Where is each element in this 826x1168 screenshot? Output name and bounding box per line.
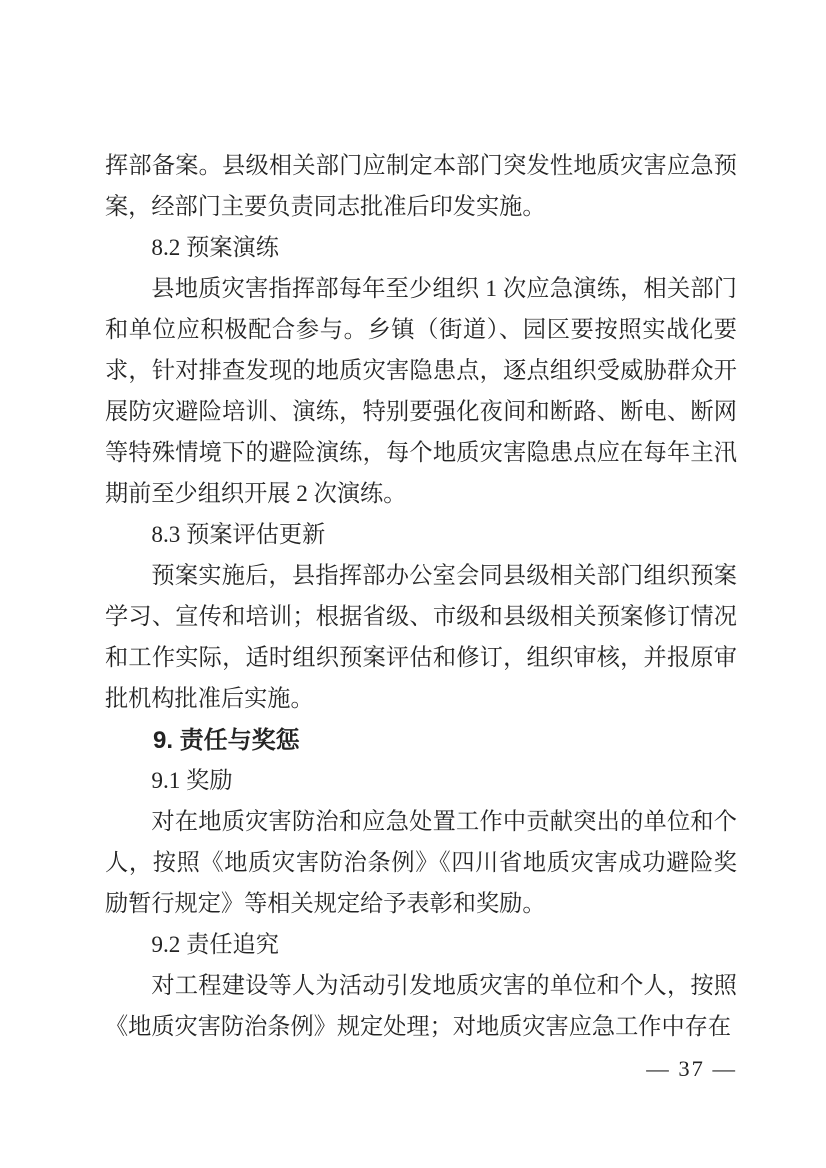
document-content: 挥部备案。县级相关部门应制定本部门突发性地质灾害应急预案，经部门主要负责同志批准… <box>105 146 737 1089</box>
section-heading-8-3: 8.3 预案评估更新 <box>105 515 737 556</box>
document-page: 挥部备案。县级相关部门应制定本部门突发性地质灾害应急预案，经部门主要负责同志批准… <box>0 0 826 1168</box>
page-number: — 37 — <box>105 1048 737 1089</box>
section-heading-8-2: 8.2 预案演练 <box>105 228 737 269</box>
paragraph-continuation: 挥部备案。县级相关部门应制定本部门突发性地质灾害应急预案，经部门主要负责同志批准… <box>105 146 737 228</box>
body-paragraph-rewards: 对在地质灾害防治和应急处置工作中贡献突出的单位和个人，按照《地质灾害防治条例》《… <box>105 802 737 925</box>
section-heading-9-1: 9.1 奖励 <box>105 761 737 802</box>
body-paragraph-evaluation: 预案实施后，县指挥部办公室会同县级相关部门组织预案学习、宣传和培训；根据省级、市… <box>105 556 737 720</box>
section-heading-9-2: 9.2 责任追究 <box>105 925 737 966</box>
body-paragraph-drills: 县地质灾害指挥部每年至少组织 1 次应急演练，相关部门和单位应积极配合参与。乡镇… <box>105 269 737 515</box>
body-paragraph-accountability: 对工程建设等人为活动引发地质灾害的单位和个人，按照《地质灾害防治条例》规定处理；… <box>105 966 737 1048</box>
chapter-heading-9: 9. 责任与奖惩 <box>105 720 737 761</box>
